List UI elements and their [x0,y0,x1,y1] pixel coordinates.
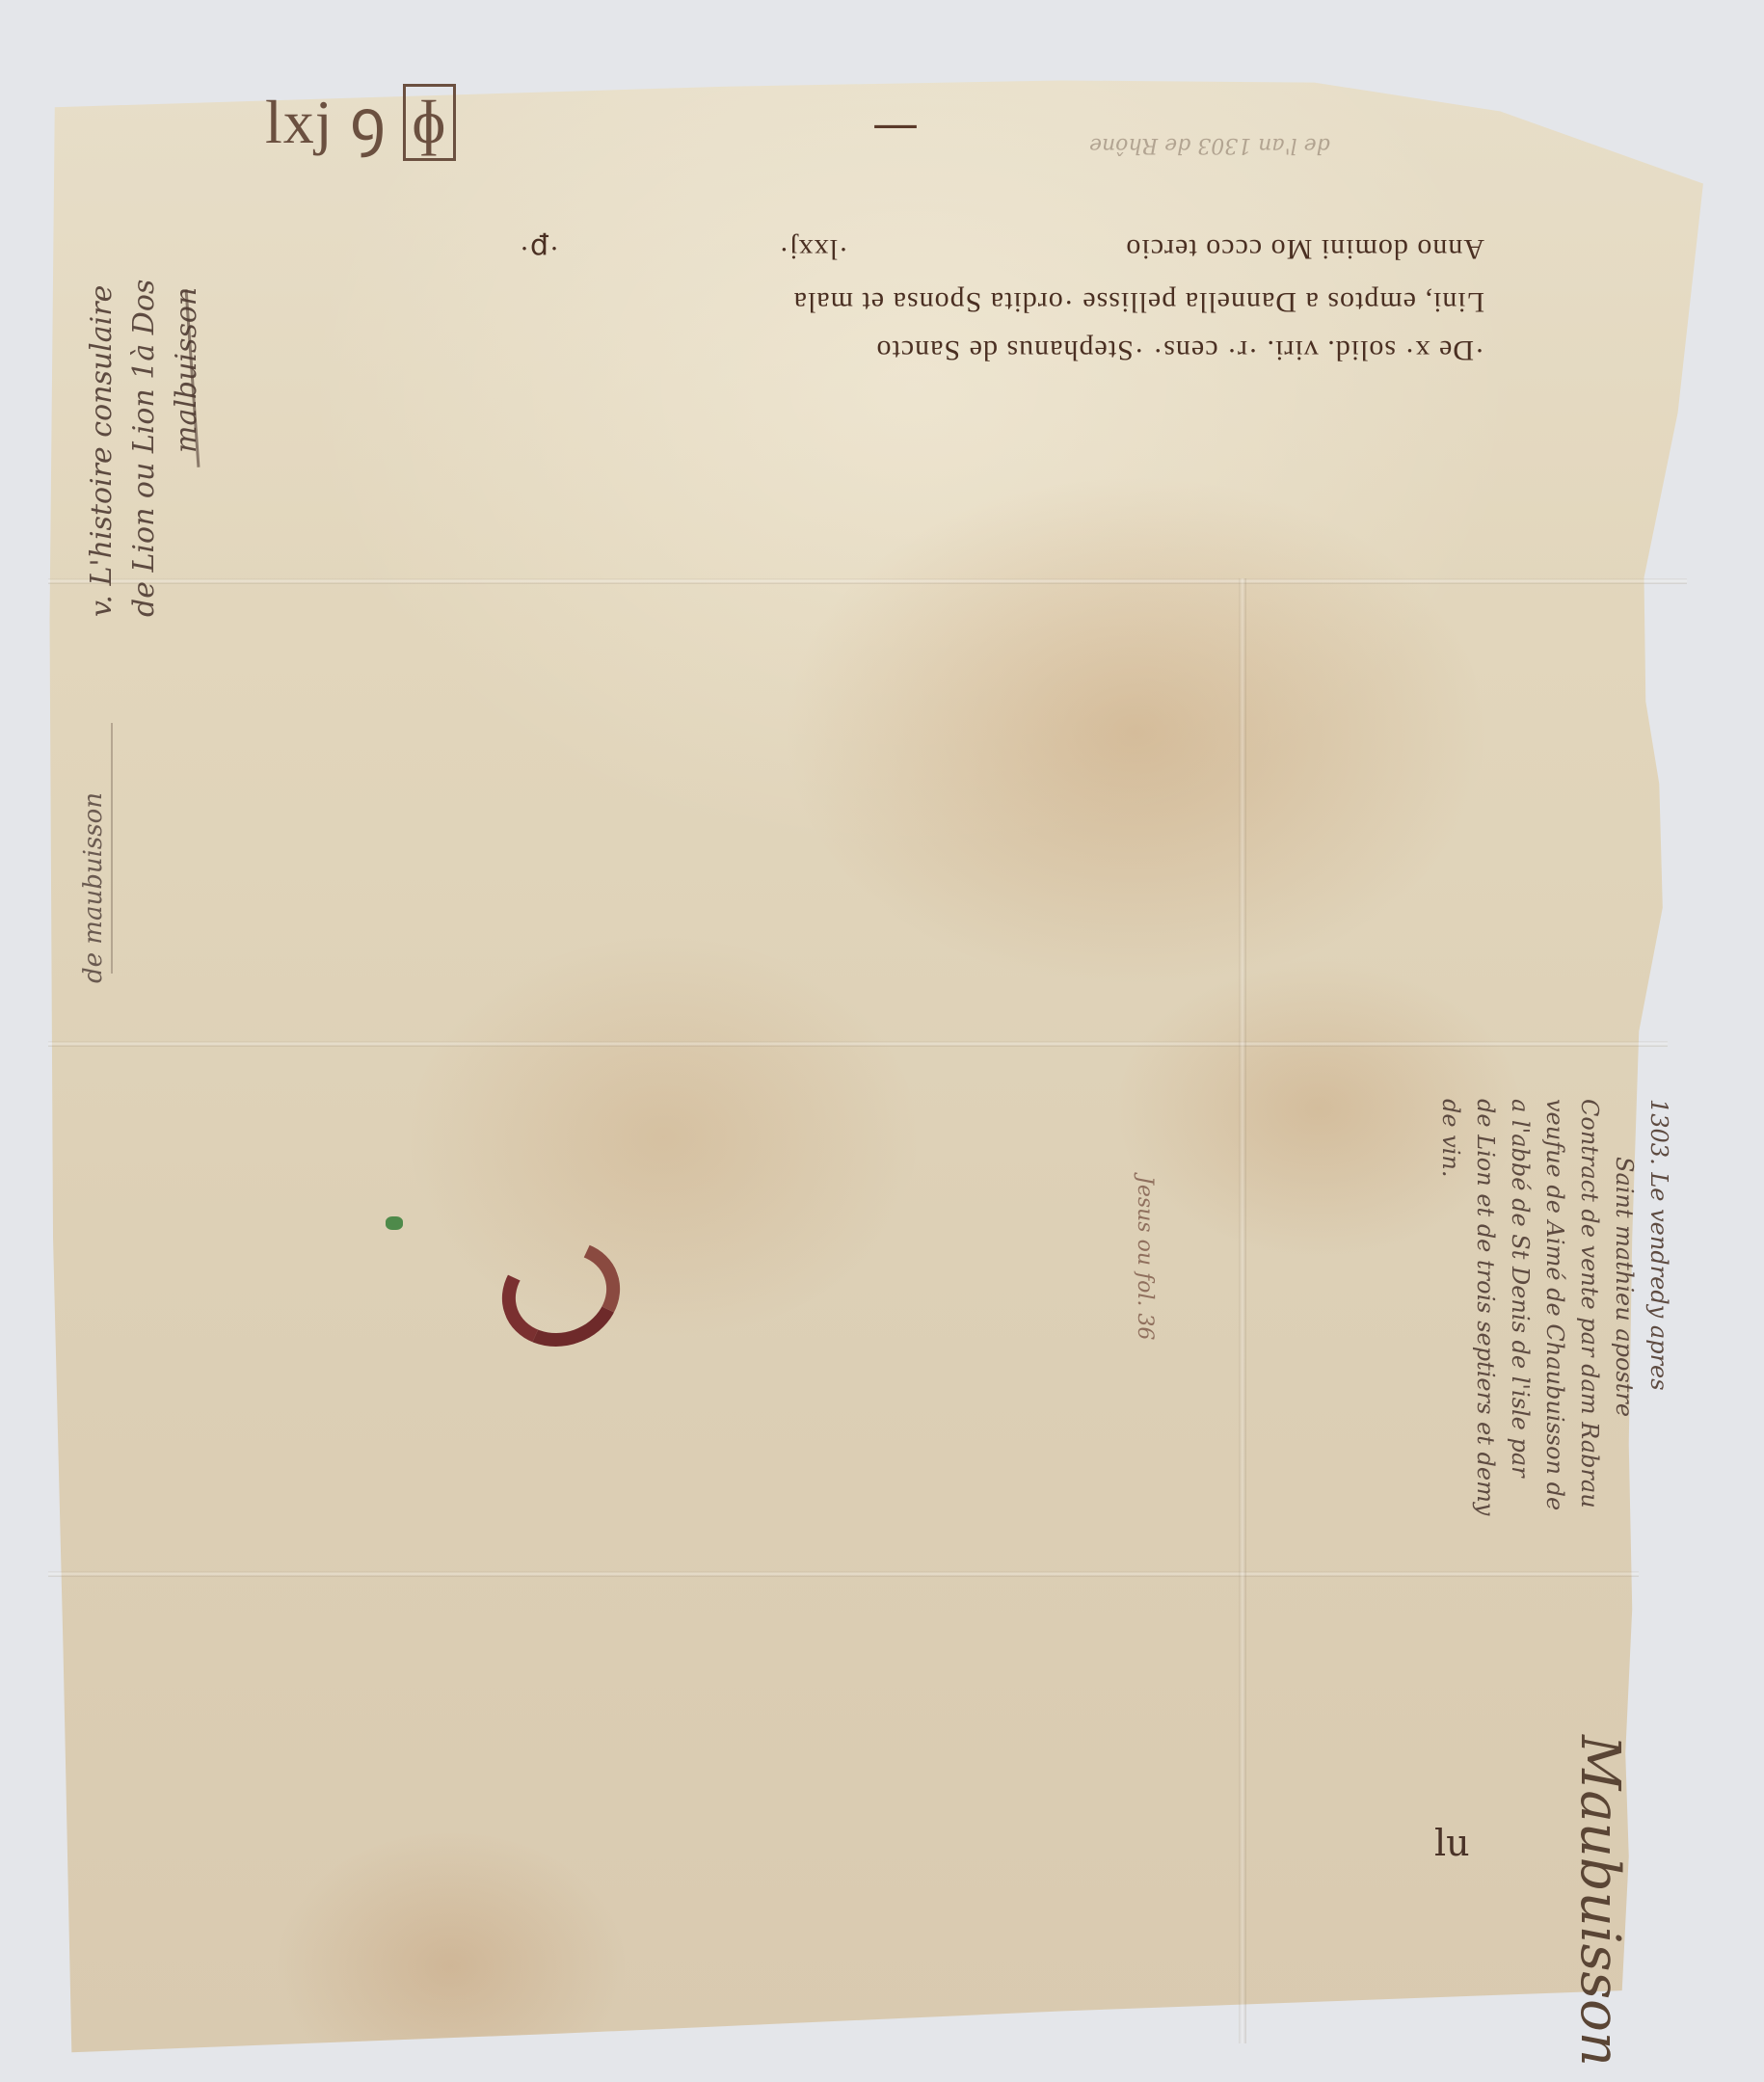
right-note-line-7: de vin. [1437,1099,1464,1178]
left-note-line-2: de Lion ou Lion 1à Dos [127,280,161,617]
faint-pencil-note: de l'an 1303 de Rhône [1089,133,1330,157]
latin-endorsement: ·De x· solid. viri. ·r· cens· ·Stephanus… [482,202,1484,366]
fold-line-vertical [1239,578,1246,2043]
green-ink-mark [386,1216,403,1230]
right-note-line-2: Saint mathieu apostre [1611,1157,1638,1417]
endorsement-line-2: Lini, emptos a Dannella pellisse ·ordita… [793,285,1484,318]
left-name-underline [111,723,113,974]
endorsement-line-3: Anno domini Mo ccco tercio [1125,232,1484,265]
top-left-shelfmark: lxj ꝯ ɸ [265,77,456,161]
center-rotated-note: Jesus ou fol. 36 [1133,1176,1157,1340]
fold-line-upper [48,578,1687,584]
right-note-line-1: 1303. Le vendredy apres [1645,1099,1672,1391]
right-note-line-3: Contract de vente par dam Rabrau [1576,1099,1603,1508]
endorsement-mark: ·ꝑ· [519,231,559,265]
right-note: 1303. Le vendredy apres Saint mathieu ap… [1383,1099,1672,1716]
shelfmark-letters: lxj [265,88,334,156]
shelfmark-symbol: ꝯ [350,88,388,156]
bottom-mark: lu [1434,1822,1470,1864]
endorsement-numeral: ·lxxj· [778,232,848,265]
left-note-line-1: v. L'histoire consulaire [85,285,119,617]
left-margin-name: de maubuisson [79,792,108,983]
left-margin-note: v. L'histoire consulaire de Lion ou Lion… [85,39,220,617]
right-note-line-4: veufue de Aimé de Chaubuisson de [1541,1099,1568,1510]
endorsement-line-1: ·De x· solid. viri. ·r· cens· ·Stephanus… [875,334,1484,366]
center-dash: — [872,96,919,150]
right-note-line-6: de Lion et de trois septiers et demy [1472,1099,1499,1515]
fold-line-middle [48,1041,1668,1047]
right-note-line-5: a l'abbé de St Denis de l'isle par [1507,1099,1534,1478]
right-margin-name: Maubuisson [1568,1735,1631,2067]
boxed-mark: ɸ [403,84,455,161]
